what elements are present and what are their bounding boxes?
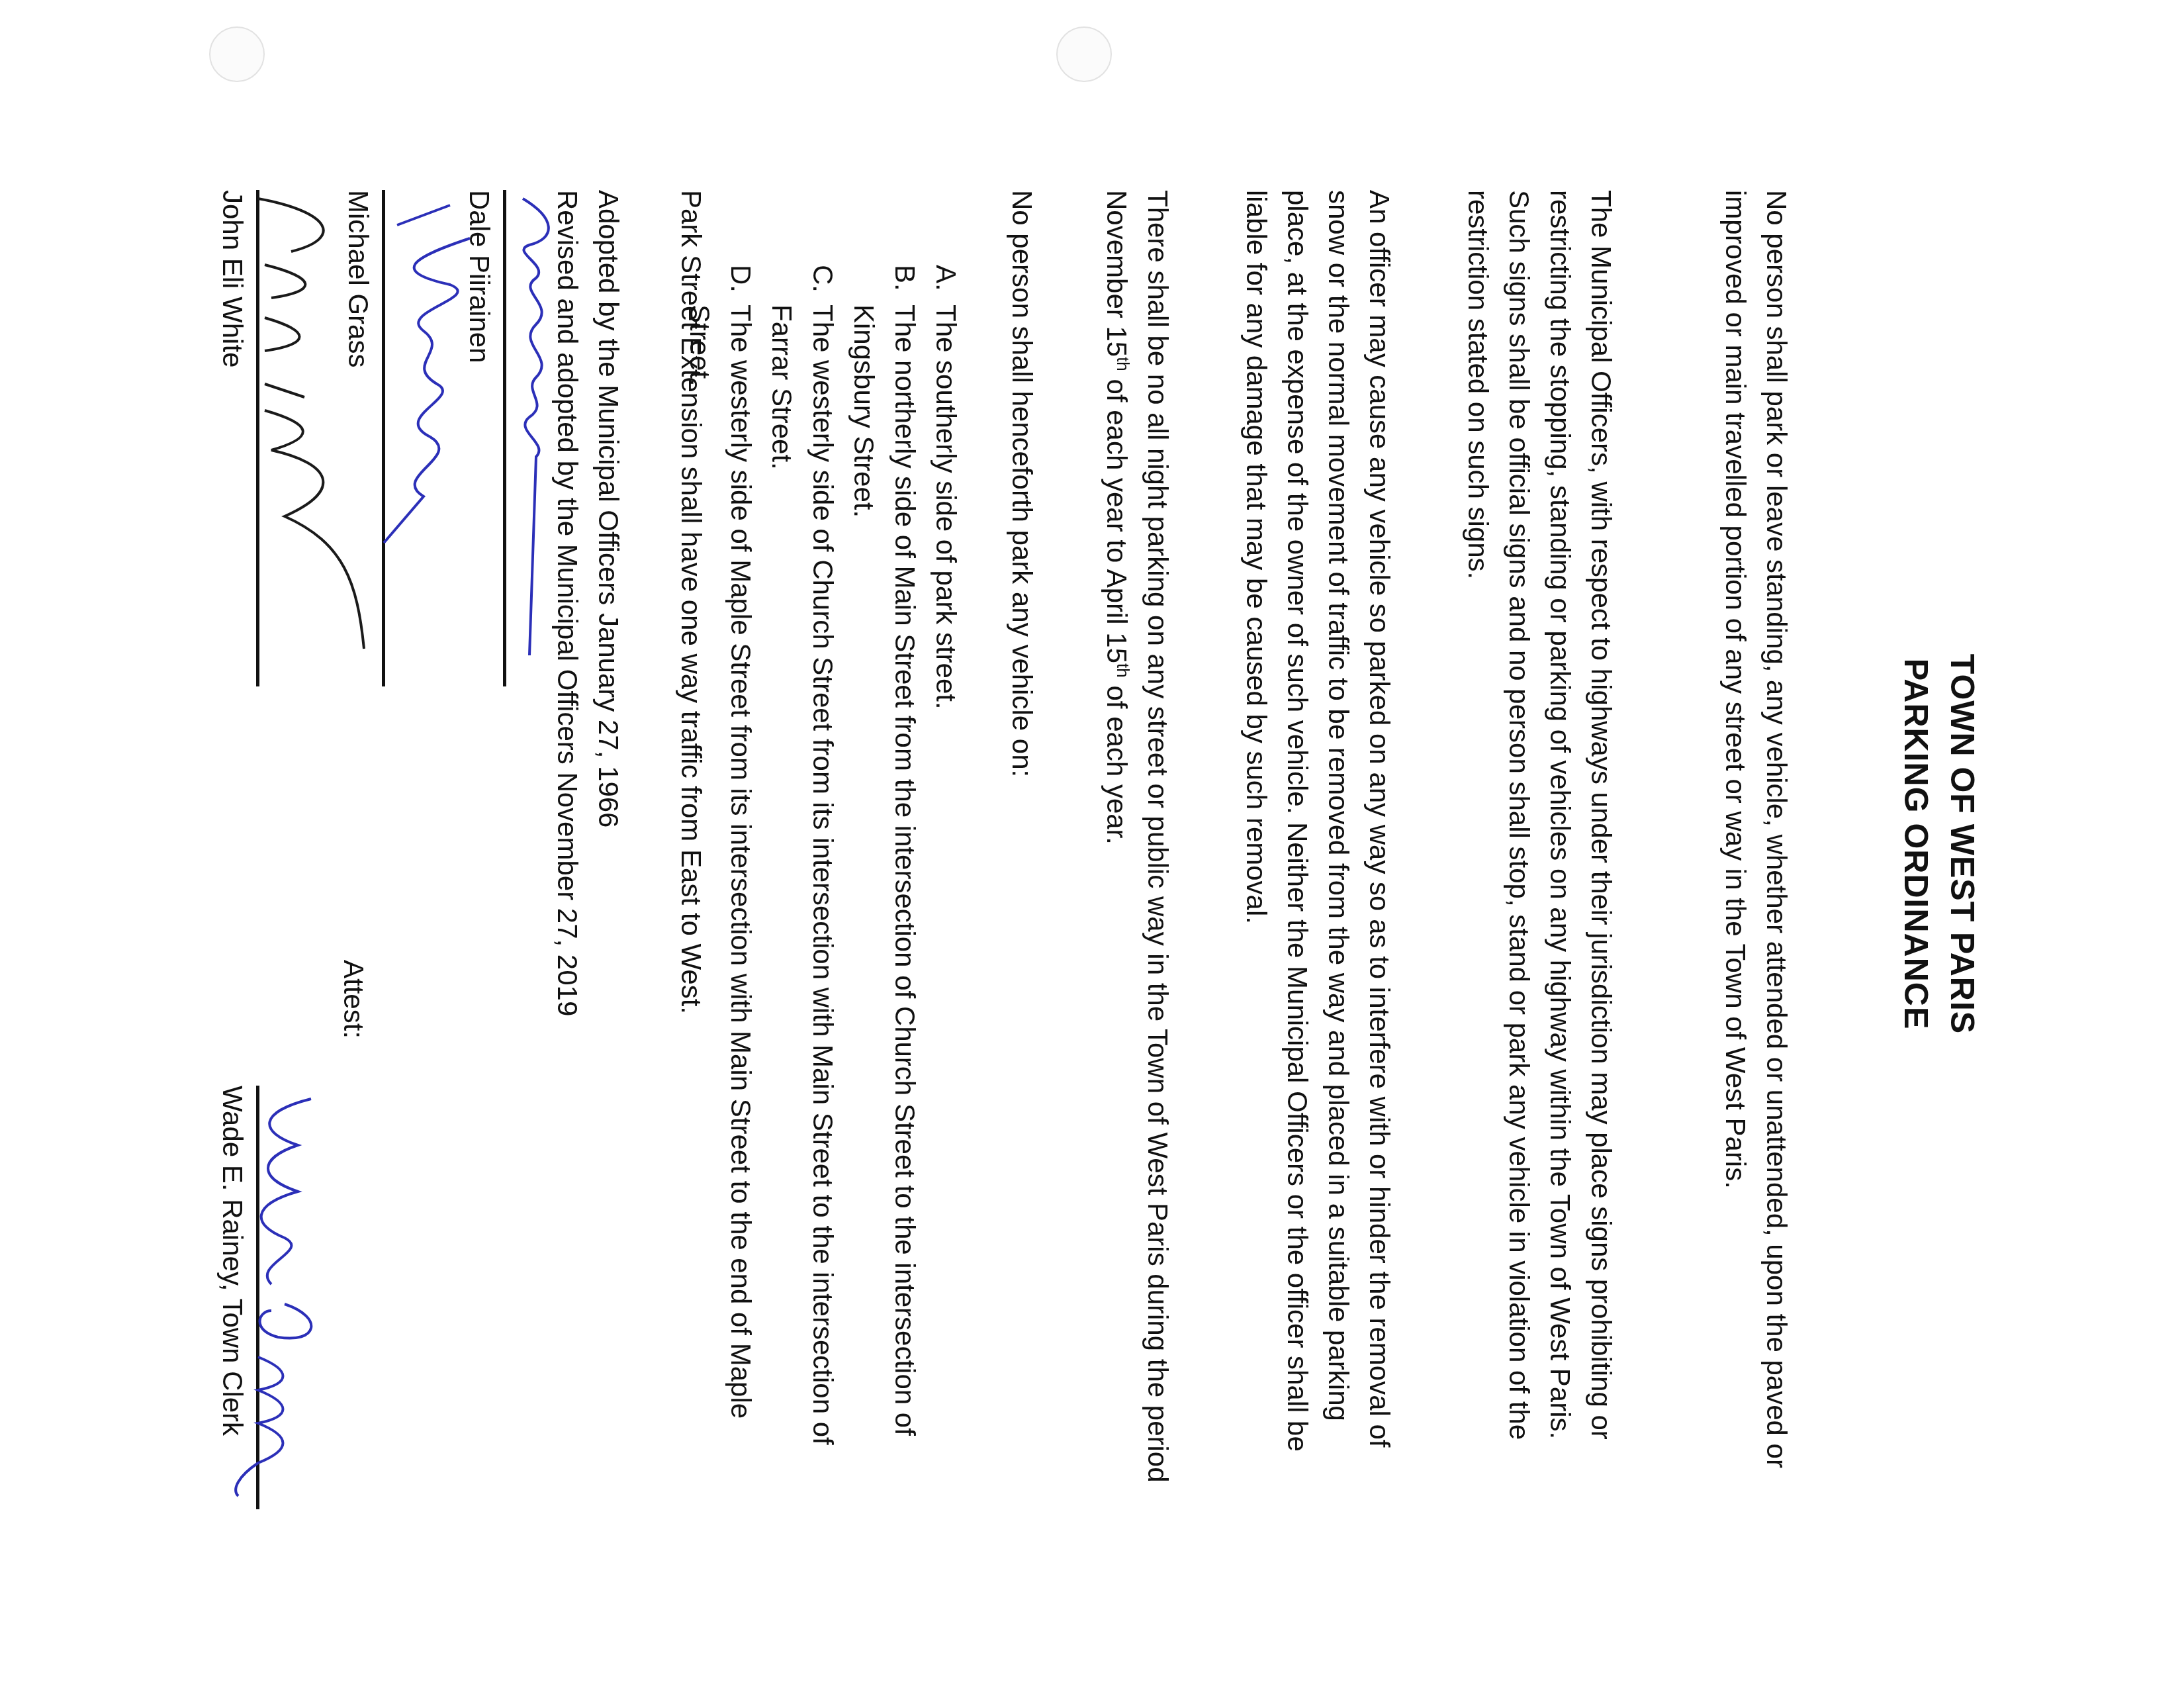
- night-parking-sup-2: th: [1113, 663, 1133, 678]
- title-line-1: TOWN OF WEST PARIS: [1939, 0, 1985, 1688]
- title-line-2: PARKING ORDINANCE: [1893, 0, 1939, 1688]
- list-marker: A.: [925, 265, 966, 305]
- list-marker: B.: [843, 265, 925, 305]
- night-parking-text-3: of each year.: [1101, 678, 1132, 845]
- one-way-statement: Park Street Extension shall have one way…: [670, 190, 711, 1489]
- attest-label: Attest:: [333, 960, 374, 1039]
- signature-scribble-clerk: [218, 1092, 338, 1503]
- list-item: B. The northerly side of Main Street fro…: [843, 265, 925, 1489]
- scanned-page: TOWN OF WEST PARIS PARKING ORDINANCE No …: [0, 0, 2184, 1688]
- list-text: The westerly side of Church Street from …: [761, 305, 843, 1489]
- signature-scribble-1: [496, 192, 576, 669]
- list-text: The southerly side of park street.: [925, 305, 966, 1489]
- punch-hole-top: [209, 26, 265, 82]
- paragraph-no-parking: No person shall park or leave standing, …: [1715, 190, 1797, 1489]
- night-parking-sup-1: th: [1113, 357, 1133, 371]
- signature-scribble-2: [371, 199, 490, 569]
- night-parking-text-2: of each year to April 15: [1101, 371, 1132, 663]
- document-title: TOWN OF WEST PARIS PARKING ORDINANCE: [1893, 0, 1985, 1688]
- paragraph-removal: An officer may cause any vehicle so park…: [1236, 190, 1400, 1489]
- no-parking-list: A. The southerly side of park street. B.…: [679, 265, 966, 1489]
- paragraph-signs: The Municipal Officers, with respect to …: [1457, 190, 1621, 1489]
- list-item: A. The southerly side of park street.: [925, 265, 966, 1489]
- list-marker: C.: [761, 265, 843, 305]
- paragraph-night-parking: There shall be no all night parking on a…: [1096, 190, 1178, 1489]
- signature-scribble-3: [238, 185, 371, 662]
- list-item: C. The westerly side of Church Street fr…: [761, 265, 843, 1489]
- punch-hole-middle: [1056, 26, 1112, 82]
- adopted-date: Adopted by the Municipal Officers Januar…: [588, 190, 629, 1489]
- list-text: The northerly side of Main Street from t…: [843, 305, 925, 1489]
- list-intro: No person shall henceforth park any vehi…: [1001, 190, 1042, 1489]
